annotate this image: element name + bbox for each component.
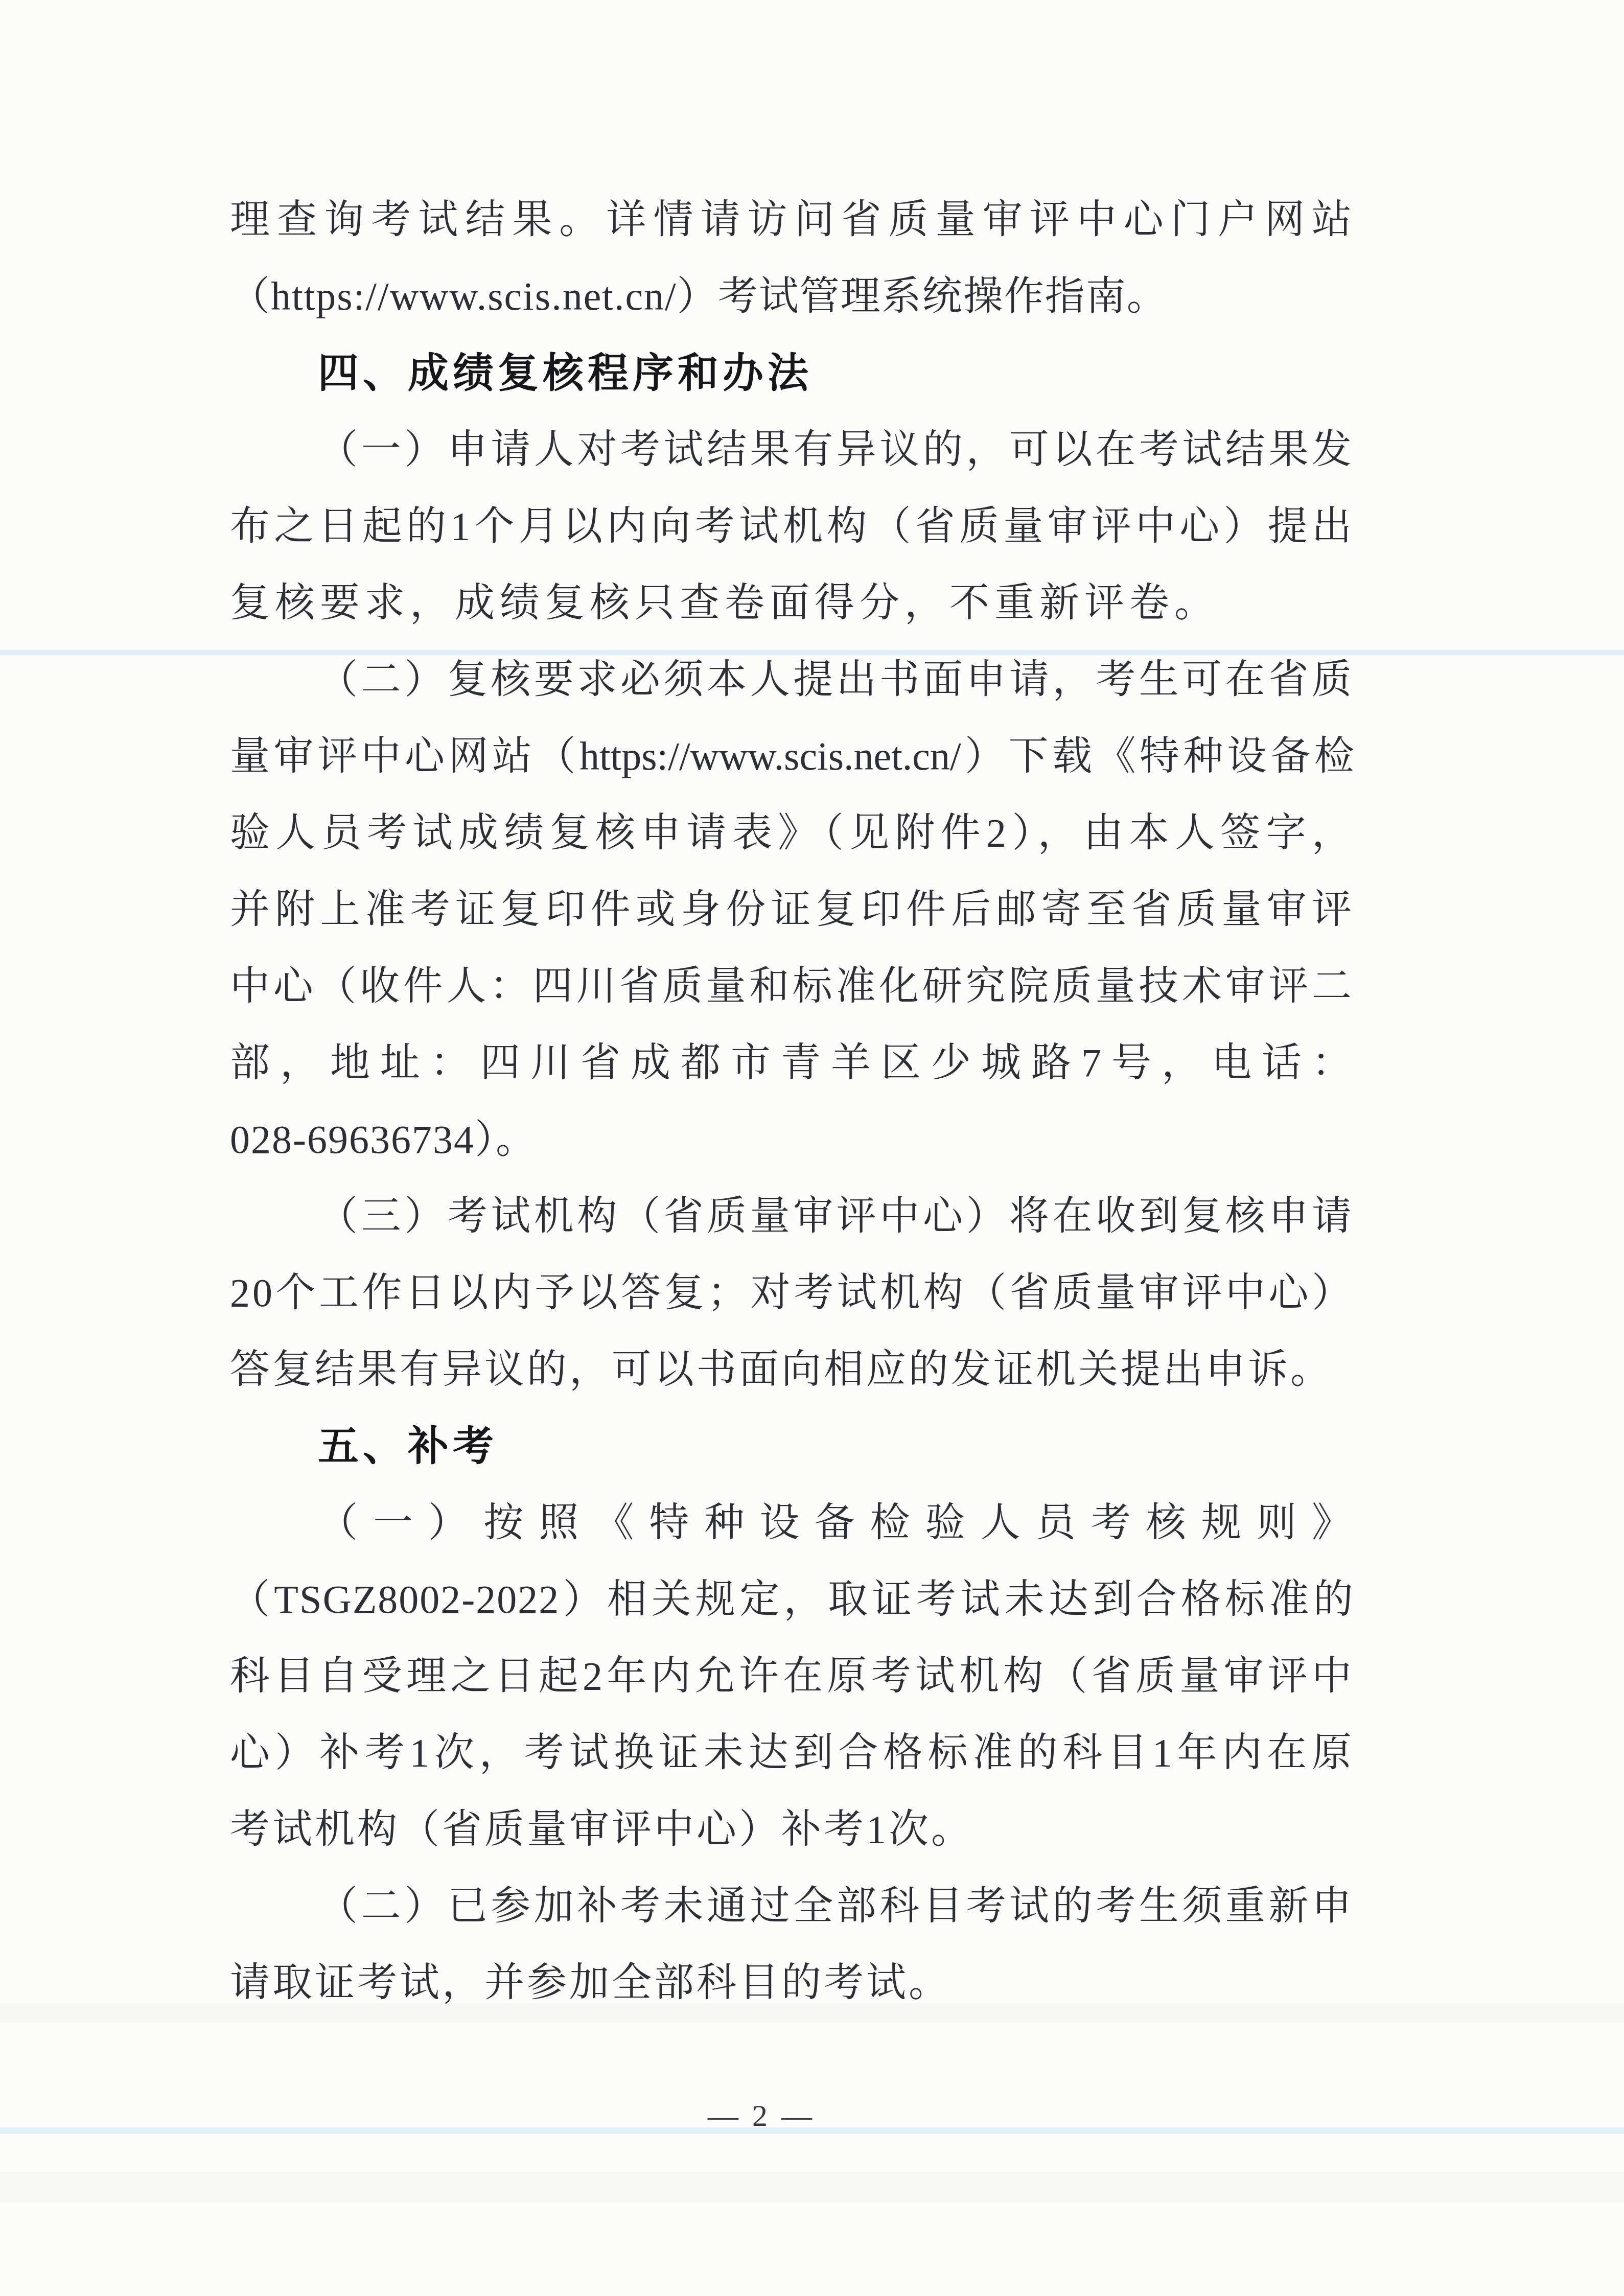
text-line: （TSGZ8002-2022）相关规定，取证考试未达到合格标准的 bbox=[230, 1561, 1354, 1638]
text-line: 请取证考试，并参加全部科目的考试。 bbox=[230, 1944, 1354, 2021]
text-line: 复核要求，成绩复核只查卷面得分，不重新评卷。 bbox=[230, 565, 1354, 641]
text-line: （三）考试机构（省质量审评中心）将在收到复核申请 bbox=[230, 1178, 1354, 1255]
scanned-document-page: 理查询考试结果。详情请访问省质量审评中心门户网站 （https://www.sc… bbox=[0, 0, 1624, 2296]
text-line: 并附上准考证复印件或身份证复印件后邮寄至省质量审评 bbox=[230, 871, 1354, 948]
document-text-column: 理查询考试结果。详情请访问省质量审评中心门户网站 （https://www.sc… bbox=[230, 181, 1354, 2021]
text-line: （一）按照《特种设备检验人员考核规则》 bbox=[230, 1485, 1354, 1561]
text-line: （二）复核要求必须本人提出书面申请，考生可在省质 bbox=[230, 641, 1354, 718]
text-line: 考试机构（省质量审评中心）补考1次。 bbox=[230, 1791, 1354, 1868]
text-line: （一）申请人对考试结果有异议的，可以在考试结果发 bbox=[230, 411, 1354, 488]
scan-artifact-band bbox=[0, 2172, 1624, 2202]
text-line: （https://www.scis.net.cn/）考试管理系统操作指南。 bbox=[230, 258, 1354, 335]
page-number: — 2 — bbox=[204, 2080, 1318, 2151]
text-line: 验人员考试成绩复核申请表》（见附件2），由本人签字， bbox=[230, 795, 1354, 871]
text-line: 028-69636734）。 bbox=[230, 1101, 1354, 1178]
text-line: 量审评中心网站（https://www.scis.net.cn/）下载《特种设备… bbox=[230, 718, 1354, 795]
section-heading: 四、成绩复核程序和办法 bbox=[230, 335, 1354, 411]
text-line: 答复结果有异议的，可以书面向相应的发证机关提出申诉。 bbox=[230, 1331, 1354, 1408]
text-line: 中心（收件人：四川省质量和标准化研究院质量技术审评二 bbox=[230, 948, 1354, 1025]
text-line: （二）已参加补考未通过全部科目考试的考生须重新申 bbox=[230, 1868, 1354, 1944]
text-line: 部，地址：四川省成都市青羊区少城路7号，电话： bbox=[230, 1025, 1354, 1101]
text-line: 心）补考1次，考试换证未达到合格标准的科目1年内在原 bbox=[230, 1714, 1354, 1791]
text-line: 布之日起的1个月以内向考试机构（省质量审评中心）提出 bbox=[230, 488, 1354, 565]
text-line: 20个工作日以内予以答复；对考试机构（省质量审评中心） bbox=[230, 1255, 1354, 1331]
text-line: 科目自受理之日起2年内允许在原考试机构（省质量审评中 bbox=[230, 1638, 1354, 1714]
section-heading: 五、补考 bbox=[230, 1408, 1354, 1485]
text-line: 理查询考试结果。详情请访问省质量审评中心门户网站 bbox=[230, 181, 1354, 258]
